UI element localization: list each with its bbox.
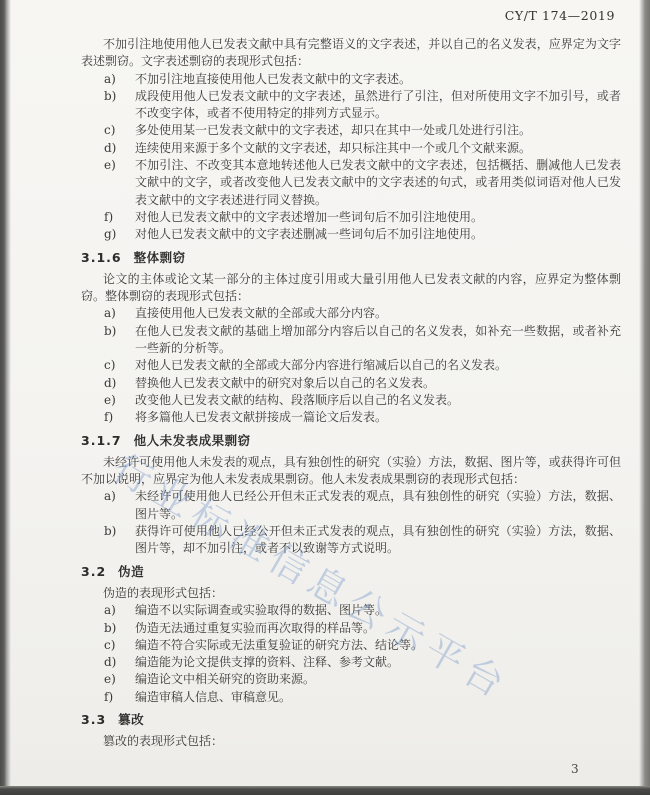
- section: 3.3篡改篡改的表现形式包括：: [81, 711, 621, 751]
- item-label: e): [104, 392, 135, 409]
- item-text: 直接使用他人已发表文献的全部或大部分内容。: [135, 305, 621, 322]
- item-label: d): [104, 375, 135, 392]
- document-page: CY/T 174—2019 不加引注地使用他人已发表文献中具有完整语义的文字表述…: [0, 0, 650, 795]
- page-number: 3: [571, 762, 579, 776]
- section-number: 3.3: [81, 712, 106, 727]
- item-label: f): [104, 409, 135, 426]
- item-text: 对他人已发表文献的全部或大部分内容进行缩减后以自己的名义发表。: [135, 357, 621, 374]
- list-item: c)编造不符合实际或无法重复验证的研究方法、结论等。: [81, 637, 621, 654]
- item-text: 不加引注地直接使用他人已发表文献中的文字表述。: [135, 71, 621, 88]
- item-label: d): [104, 140, 135, 157]
- item-text: 编造审稿人信息、审稿意见。: [135, 689, 621, 706]
- section-paragraph: 未经许可使用他人未发表的观点，具有独创性的研究（实验）方法，数据、图片等，或获得…: [81, 454, 621, 489]
- item-label: c): [104, 122, 135, 139]
- item-text: 多处使用某一已发表文献中的文字表述，却只在其中一处或几处进行引注。: [135, 122, 621, 139]
- item-text: 编造能为论文提供支撑的资料、注释、参考文献。: [135, 654, 621, 671]
- item-text: 连续使用来源于多个文献的文字表述，却只标注其中一个或几个文献来源。: [135, 140, 621, 157]
- item-text: 将多篇他人已发表文献拼接成一篇论文后发表。: [135, 409, 621, 426]
- item-label: a): [104, 71, 135, 88]
- item-text: 对他人已发表文献中的文字表述增加一些词句后不加引注地使用。: [135, 209, 621, 226]
- scan-edge-bottom: [0, 786, 650, 795]
- section: 3.2伪造伪造的表现形式包括：a)编造不以实际调查或实验取得的数据、图片等。b)…: [81, 563, 621, 706]
- section-title: 整体剽窃: [134, 250, 186, 265]
- item-label: f): [104, 209, 135, 226]
- section-heading: 3.1.7他人未发表成果剽窃: [81, 432, 621, 449]
- list-item: a)编造不以实际调查或实验取得的数据、图片等。: [81, 602, 621, 619]
- list-item: d)编造能为论文提供支撑的资料、注释、参考文献。: [81, 654, 621, 671]
- list-item: d)连续使用来源于多个文献的文字表述，却只标注其中一个或几个文献来源。: [81, 140, 621, 157]
- list-item: a)直接使用他人已发表文献的全部或大部分内容。: [81, 305, 621, 322]
- item-text: 未经许可使用他人已经公开但未正式发表的观点，具有独创性的研究（实验）方法，数据、…: [135, 488, 621, 523]
- item-label: c): [104, 637, 135, 654]
- list-item: a)未经许可使用他人已经公开但未正式发表的观点，具有独创性的研究（实验）方法，数…: [81, 488, 621, 523]
- section-title: 篡改: [118, 712, 144, 727]
- list-item: c)多处使用某一已发表文献中的文字表述，却只在其中一处或几处进行引注。: [81, 122, 621, 139]
- item-label: d): [104, 654, 135, 671]
- item-label: a): [104, 305, 135, 322]
- section-paragraph: 不加引注地使用他人已发表文献中具有完整语义的文字表述，并以自己的名义发表，应界定…: [81, 36, 621, 71]
- item-label: b): [104, 88, 135, 123]
- section-paragraph: 篡改的表现形式包括：: [81, 733, 621, 750]
- section-heading: 3.1.6整体剽窃: [81, 249, 621, 266]
- list-item: c)对他人已发表文献的全部或大部分内容进行缩减后以自己的名义发表。: [81, 357, 621, 374]
- section: 不加引注地使用他人已发表文献中具有完整语义的文字表述，并以自己的名义发表，应界定…: [81, 36, 621, 244]
- list-item: d)替换他人已发表文献中的研究对象后以自己的名义发表。: [81, 375, 621, 392]
- list-item: f)对他人已发表文献中的文字表述增加一些词句后不加引注地使用。: [81, 209, 621, 226]
- item-text: 编造论文中相关研究的资助来源。: [135, 671, 621, 688]
- item-text: 伪造无法通过重复实验而再次取得的样品等。: [135, 620, 621, 637]
- list-item: b)伪造无法通过重复实验而再次取得的样品等。: [81, 620, 621, 637]
- item-label: b): [104, 523, 135, 558]
- item-label: b): [104, 620, 135, 637]
- item-text: 对他人已发表文献中的文字表述删减一些词句后不加引注地使用。: [135, 226, 621, 243]
- section-title: 他人未发表成果剽窃: [134, 433, 251, 448]
- section: 3.1.6整体剽窃论文的主体或论文某一部分的主体过度引用或大量引用他人已发表文献…: [81, 249, 621, 427]
- item-text: 编造不以实际调查或实验取得的数据、图片等。: [135, 602, 621, 619]
- item-text: 成段使用他人已发表文献中的文字表述，虽然进行了引注，但对所使用文字不加引号，或者…: [135, 88, 621, 123]
- item-label: b): [104, 323, 135, 358]
- item-label: e): [104, 157, 135, 209]
- list-item: a)不加引注地直接使用他人已发表文献中的文字表述。: [81, 71, 621, 88]
- section: 3.1.7他人未发表成果剽窃未经许可使用他人未发表的观点，具有独创性的研究（实验…: [81, 432, 621, 558]
- item-text: 获得许可使用他人已经公开但未正式发表的观点，具有独创性的研究（实验）方法，数据、…: [135, 523, 621, 558]
- section-number: 3.2: [81, 564, 106, 579]
- item-label: f): [104, 689, 135, 706]
- item-text: 改变他人已发表文献的结构、段落顺序后以自己的名义发表。: [135, 392, 621, 409]
- section-number: 3.1.7: [81, 433, 122, 448]
- list-item: f)编造审稿人信息、审稿意见。: [81, 689, 621, 706]
- list-item: b)成段使用他人已发表文献中的文字表述，虽然进行了引注，但对所使用文字不加引号，…: [81, 88, 621, 123]
- section-number: 3.1.6: [81, 250, 122, 265]
- section-heading: 3.3篡改: [81, 711, 621, 728]
- list-item: e)编造论文中相关研究的资助来源。: [81, 671, 621, 688]
- scan-edge-right: [639, 0, 650, 795]
- section-paragraph: 伪造的表现形式包括：: [81, 585, 621, 602]
- item-label: c): [104, 357, 135, 374]
- item-label: a): [104, 602, 135, 619]
- standard-code: CY/T 174—2019: [505, 8, 615, 23]
- item-text: 不加引注、不改变其本意地转述他人已发表文献中的文字表述，包括概括、删减他人已发表…: [135, 157, 621, 209]
- item-text: 替换他人已发表文献中的研究对象后以自己的名义发表。: [135, 375, 621, 392]
- item-label: a): [104, 488, 135, 523]
- item-label: e): [104, 671, 135, 688]
- scan-edge-left: [0, 0, 11, 795]
- item-text: 在他人已发表文献的基础上增加部分内容后以自己的名义发表，如补充一些数据，或者补充…: [135, 323, 621, 358]
- section-heading: 3.2伪造: [81, 563, 621, 580]
- list-item: e)改变他人已发表文献的结构、段落顺序后以自己的名义发表。: [81, 392, 621, 409]
- item-label: g): [104, 226, 135, 243]
- item-text: 编造不符合实际或无法重复验证的研究方法、结论等。: [135, 637, 621, 654]
- list-item: b)在他人已发表文献的基础上增加部分内容后以自己的名义发表，如补充一些数据，或者…: [81, 323, 621, 358]
- list-item: b)获得许可使用他人已经公开但未正式发表的观点，具有独创性的研究（实验）方法，数…: [81, 523, 621, 558]
- section-title: 伪造: [118, 564, 144, 579]
- list-item: g)对他人已发表文献中的文字表述删减一些词句后不加引注地使用。: [81, 226, 621, 243]
- section-paragraph: 论文的主体或论文某一部分的主体过度引用或大量引用他人已发表文献的内容，应界定为整…: [81, 271, 621, 306]
- list-item: f)将多篇他人已发表文献拼接成一篇论文后发表。: [81, 409, 621, 426]
- document-body: 不加引注地使用他人已发表文献中具有完整语义的文字表述，并以自己的名义发表，应界定…: [81, 36, 621, 751]
- list-item: e)不加引注、不改变其本意地转述他人已发表文献中的文字表述，包括概括、删减他人已…: [81, 157, 621, 209]
